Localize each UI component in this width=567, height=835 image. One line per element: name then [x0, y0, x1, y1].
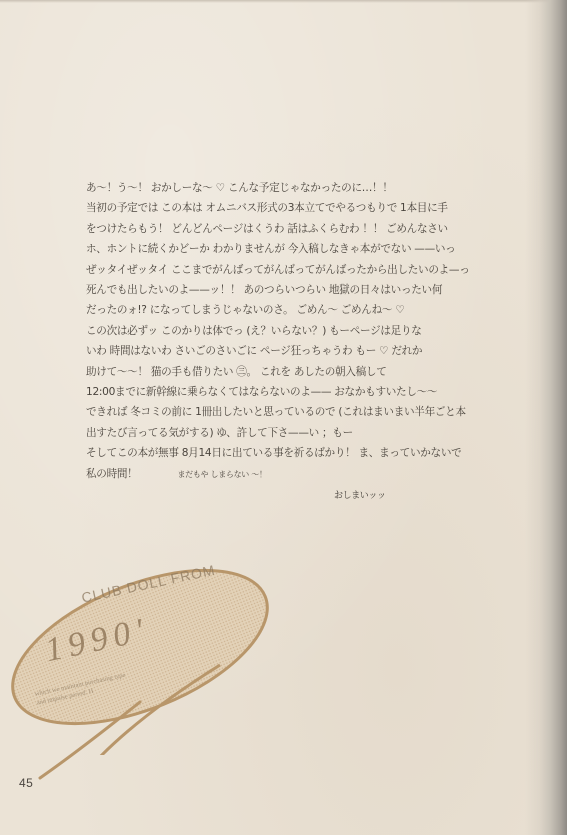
stamp-tail-stroke-icon — [30, 700, 150, 780]
page-top-edge — [0, 0, 567, 3]
afterword-line: できれば 冬コミの前に 1冊出したいと思っているので (これはまいまい半年ごと本 — [86, 402, 446, 422]
afterword-last-line: 私の時間！まだもや しまらない 〜！ — [86, 464, 446, 485]
signoff-text: おしまいッッ — [334, 488, 386, 501]
binding-gutter-shadow — [525, 0, 567, 835]
afterword-line: 12:00までに新幹線に乗らなくてはならないのよ—— おなかもすいたし〜〜 — [86, 382, 446, 402]
trailing-note: まだもや しまらない 〜！ — [177, 470, 266, 479]
afterword-line: ホ、ホントに続くかどーか わかりませんが 今入稿しなきゃ本がでない ——いっ — [86, 239, 446, 259]
afterword-line: この次は必ずッ このかりは体でっ (え？いらない？) もーページは足りな — [86, 321, 446, 341]
afterword-line: ぜッタイぜッタイ ここまでがんばってがんばってがんばったから出したいのよ—っ — [86, 260, 446, 280]
afterword-line: をつけたらもう！ どんどんページはくうわ 話はふくらむわ ！！ ごめんなさい — [86, 219, 446, 239]
scanned-page: あ〜！う〜！ おかしーな〜 ♡ こんな予定じゃなかったのに…！！ 当初の予定では… — [0, 0, 567, 835]
afterword-line: いわ 時間はないわ さいごのさいごに ページ狂っちゃうわ もー ♡ だれか — [86, 341, 446, 361]
afterword-line: 死んでも出したいのよ——ッ！！ あのつらいつらい 地獄の日々はいったい何 — [86, 280, 446, 300]
afterword-line: 助けて〜〜！ 猫の手も借りたい ㊂。 これを あしたの朝入稿して — [86, 362, 446, 382]
afterword-text-block: あ〜！う〜！ おかしーな〜 ♡ こんな予定じゃなかったのに…！！ 当初の予定では… — [86, 178, 446, 485]
afterword-line: そしてこの本が無事 8月14日に出ている事を祈るばかり！ ま、まっていかないで — [86, 443, 446, 463]
afterword-line: 出すたび言ってる気がする) ゆ、許して下さ——い ；もー — [86, 423, 446, 443]
page-number: 45 — [19, 776, 33, 790]
afterword-line: だったのォ!? になってしまうじゃないのさ。 ごめん〜 ごめんね〜 ♡ — [86, 300, 446, 320]
afterword-line: あ〜！う〜！ おかしーな〜 ♡ こんな予定じゃなかったのに…！！ — [86, 178, 446, 198]
afterword-line: 私の時間！ — [86, 468, 137, 480]
afterword-line: 当初の予定では この本は オムニバス形式の3本立てでやるつもりで 1本目に手 — [86, 198, 446, 218]
